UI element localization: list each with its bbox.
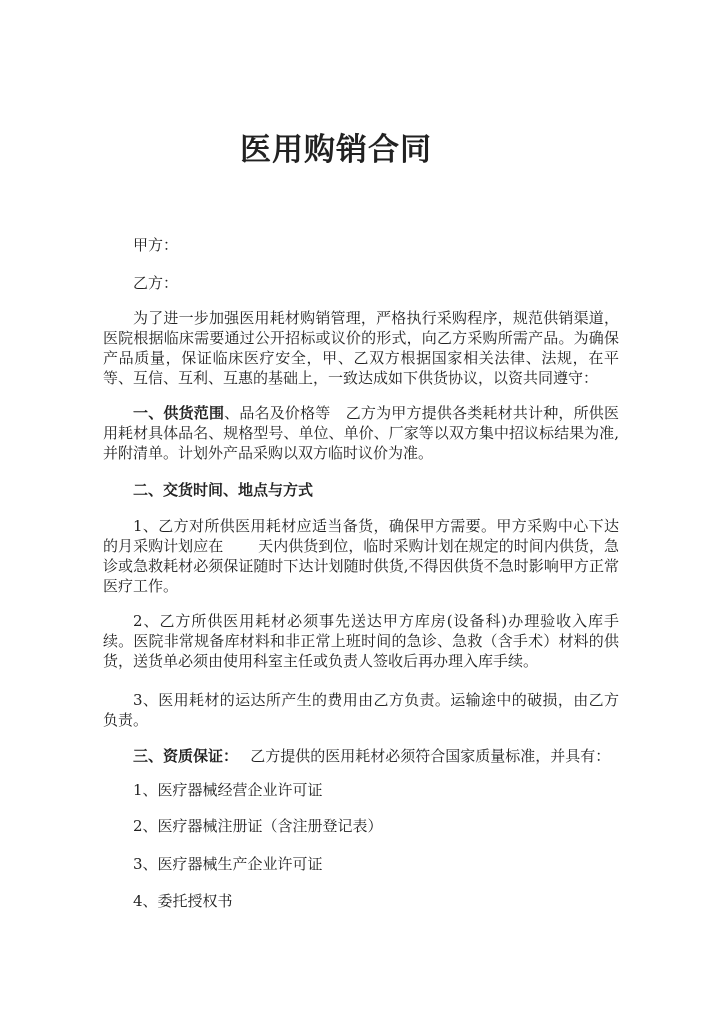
qualification-item-1: 1、医疗器械经营企业许可证 <box>103 780 619 800</box>
document-title: 医用购销合同 <box>0 129 672 171</box>
section-1-heading-rest: 、品名及价格等 <box>224 404 330 422</box>
qualification-item-2: 2、医疗器械注册证（含注册登记表） <box>103 816 619 836</box>
section-2-heading: 二、交货时间、地点与方式 <box>103 480 619 500</box>
intro-paragraph: 为了进一步加强医用耗材购销管理，严格执行采购程序，规范供销渠道，医院根据临床需要… <box>103 308 619 388</box>
section-1-paragraph: 一、供货范围、品名及价格等 乙方为甲方提供各类耗材共计种，所供医用耗材具体品名、… <box>103 403 619 463</box>
section-2-paragraph-2: 2、乙方所供医用耗材必须事先送达甲方库房(设备科)办理验收入库手续。医院非常规备… <box>103 611 619 671</box>
section-1-heading: 一、供货范围 <box>133 404 224 422</box>
section-3-paragraph: 三、资质保证： 乙方提供的医用耗材必须符合国家质量标准，并具有： <box>103 746 619 766</box>
party-b-label: 乙方： <box>103 273 619 293</box>
qualification-item-3: 3、医疗器械生产企业许可证 <box>103 854 619 874</box>
contract-document-page: 医用购销合同 甲方： 乙方： 为了进一步加强医用耗材购销管理，严格执行采购程序，… <box>0 0 720 1017</box>
section-3-heading-rest: 乙方提供的医用耗材必须符合国家质量标准，并具有： <box>231 747 611 765</box>
party-a-label: 甲方： <box>103 235 619 255</box>
qualification-item-4: 4、委托授权书 <box>103 891 619 911</box>
section-2-paragraph-3: 3、医用耗材的运达所产生的费用由乙方负责。运输途中的破损，由乙方负责。 <box>103 690 619 730</box>
section-3-heading: 三、资质保证： <box>133 747 231 765</box>
section-2-paragraph-1: 1、乙方对所供医用耗材应适当备货，确保甲方需要。甲方采购中心下达的月采购计划应在… <box>103 516 619 596</box>
